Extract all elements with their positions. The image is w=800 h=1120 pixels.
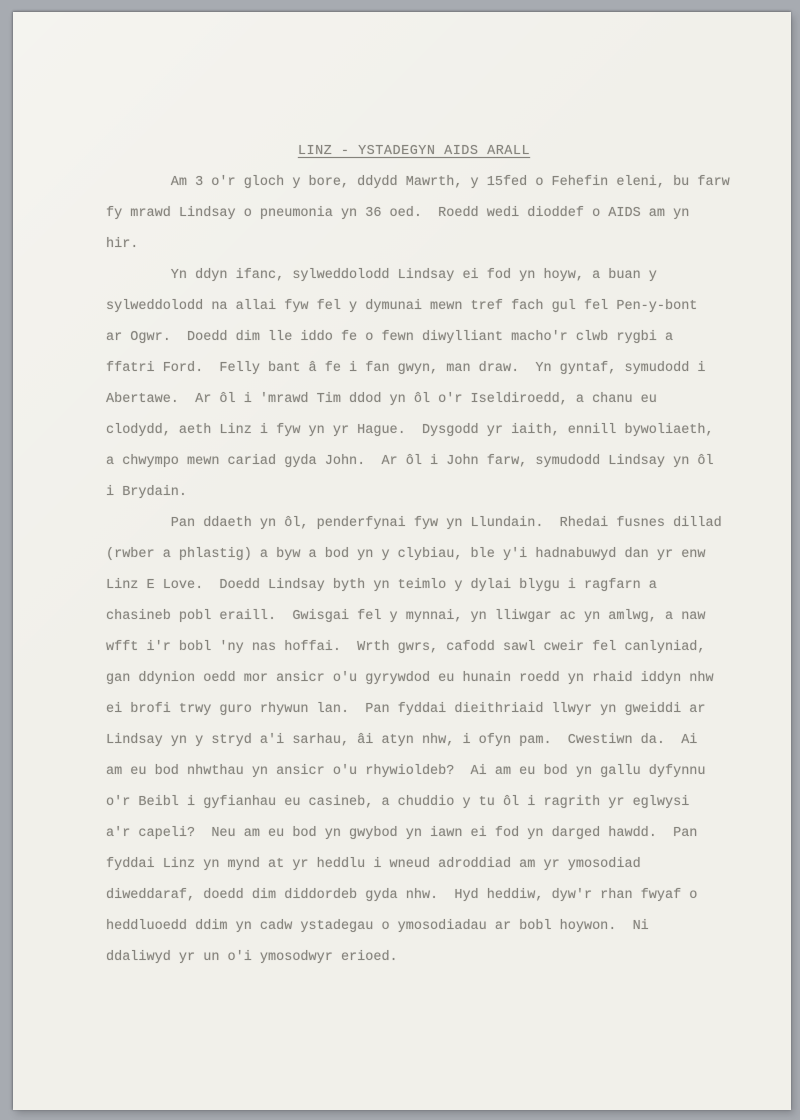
document-text-block: LINZ - YSTADEGYN AIDS ARALL Am 3 o'r glo…: [106, 136, 722, 973]
paragraph: Yn ddyn ifanc, sylweddolodd Lindsay ei f…: [106, 260, 722, 508]
document-page: LINZ - YSTADEGYN AIDS ARALL Am 3 o'r glo…: [13, 12, 791, 1110]
paragraph: Am 3 o'r gloch y bore, ddydd Mawrth, y 1…: [106, 167, 722, 260]
scan-background: { "document": { "title": "LINZ - YSTADEG…: [0, 0, 800, 1120]
paragraph: Pan ddaeth yn ôl, penderfynai fyw yn Llu…: [106, 508, 722, 973]
document-title: LINZ - YSTADEGYN AIDS ARALL: [106, 136, 722, 167]
